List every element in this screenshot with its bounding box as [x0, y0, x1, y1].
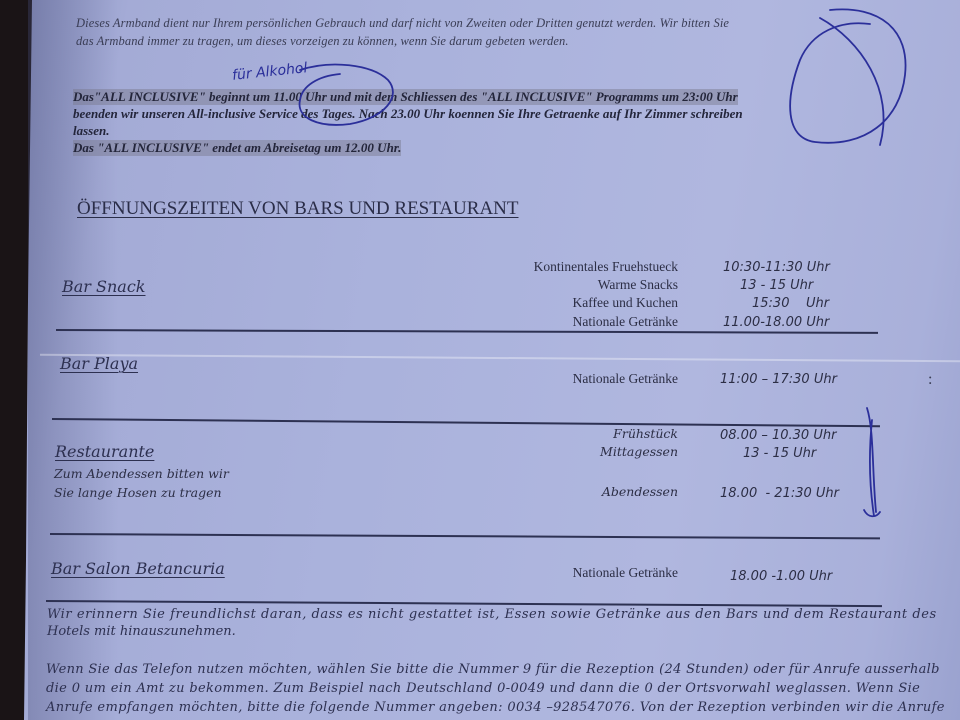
item: Kontinentales Fruehstueck [418, 259, 678, 275]
time: 10:30-11:30 Uhr [723, 260, 830, 275]
all-inclusive-line-3: lassen. [73, 123, 109, 139]
item: Nationale Getränke [418, 314, 678, 330]
item: Abendessen [418, 484, 678, 499]
all-inclusive-line-2: beenden wir unseren All-inclusive Servic… [73, 106, 743, 122]
time: 13 - 15 Uhr [743, 446, 816, 461]
time: 13 - 15 Uhr [740, 278, 813, 293]
time: 11.00-18.00 Uhr [723, 315, 829, 330]
item: Nationale Getränke [418, 371, 678, 387]
venue-note: Sie lange Hosen zu tragen [54, 485, 222, 500]
all-inclusive-line-4: Das "ALL INCLUSIVE" endet am Abreisetag … [73, 140, 401, 156]
phone-line-1: Wenn Sie das Telefon nutzen möchten, wäh… [46, 662, 940, 677]
item: Warme Snacks [418, 277, 678, 293]
time: 11:00 – 17:30 Uhr [720, 372, 837, 387]
item: Mittagessen [418, 444, 678, 459]
item: Frühstück [418, 426, 678, 441]
time: 15:30 Uhr [752, 296, 829, 311]
reminder-line-1: Wir erinnern Sie freundlichst daran, das… [47, 607, 937, 622]
time: 18.00 - 21:30 Uhr [720, 486, 839, 501]
venue-restaurante: Restaurante [55, 442, 154, 461]
time: 08.00 – 10.30 Uhr [720, 428, 836, 443]
intro-line-1: Dieses Armband dient nur Ihrem persönlic… [76, 16, 729, 31]
phone-line-2: die 0 um ein Amt zu bekommen. Zum Beispi… [46, 681, 920, 696]
venue-bar-playa: Bar Playa [60, 354, 138, 373]
intro-line-2: das Armband immer zu tragen, um dieses v… [76, 34, 569, 49]
time: 18.00 -1.00 Uhr [730, 569, 832, 584]
item: Nationale Getränke [418, 565, 678, 581]
page-heading: ÖFFNUNGSZEITEN VON BARS UND RESTAURANT [77, 198, 519, 220]
item: Kaffee und Kuchen [418, 295, 678, 311]
venue-note: Zum Abendessen bitten wir [54, 466, 229, 481]
all-inclusive-line-1: Das"ALL INCLUSIVE" beginnt um 11.00 Uhr … [73, 89, 738, 105]
reminder-line-2: Hotels mit hinauszunehmen. [47, 624, 236, 639]
stray-mark: : [928, 371, 932, 389]
venue-bar-salon-betancuria: Bar Salon Betancuria [51, 559, 225, 578]
venue-bar-snack: Bar Snack [62, 277, 146, 296]
phone-line-3: Anrufe empfangen möchten, bitte die folg… [46, 700, 945, 715]
